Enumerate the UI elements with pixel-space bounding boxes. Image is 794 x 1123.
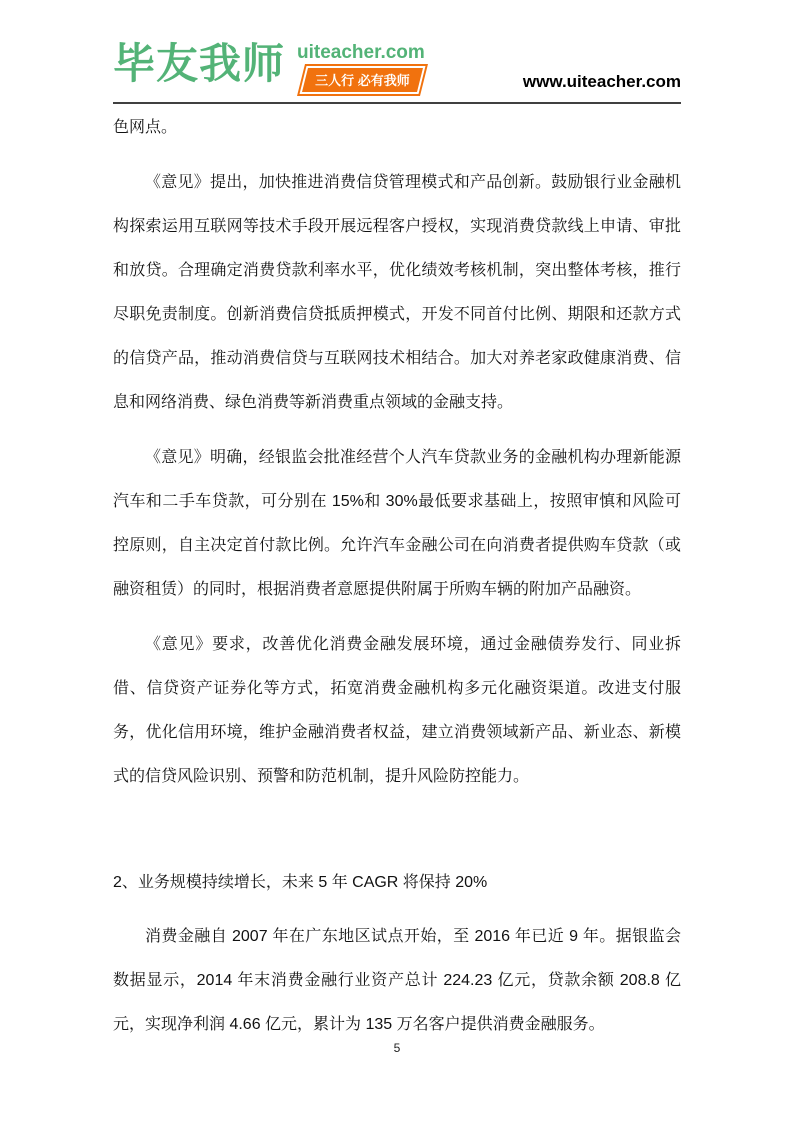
document-body: 色网点。 《意见》提出，加快推进消费信贷管理模式和产品创新。鼓励银行业金融机构探… (113, 104, 681, 1047)
section-heading: 2、业务规模持续增长，未来 5 年 CAGR 将保持 20% (113, 861, 681, 905)
page-header: 毕友我师 uiteacher.com 三人行 必有我师 www.uiteache… (113, 0, 681, 104)
slogan-badge: 三人行 必有我师 (300, 66, 426, 94)
paragraph-opinion-clarifies: 《意见》明确，经银监会批准经营个人汽车贷款业务的金融机构办理新能源汽车和二手车贷… (113, 436, 681, 612)
brand-domain-text: uiteacher.com (297, 43, 425, 64)
paragraph-consumer-finance-stats: 消费金融自 2007 年在广东地区试点开始，至 2016 年已近 9 年。据银监… (113, 915, 681, 1047)
document-page: 毕友我师 uiteacher.com 三人行 必有我师 www.uiteache… (0, 0, 794, 1123)
brand-logo-sub: uiteacher.com 三人行 必有我师 (297, 41, 425, 94)
page-number: 5 (394, 1041, 401, 1055)
paragraph-opinion-requires: 《意见》要求，改善优化消费金融发展环境，通过金融债券发行、同业拆借、信贷资产证券… (113, 623, 681, 799)
brand-logo-text: 毕友我师 (113, 41, 285, 87)
brand-logo: 毕友我师 uiteacher.com 三人行 必有我师 (113, 41, 425, 94)
slogan-badge-text: 三人行 必有我师 (315, 70, 410, 89)
paragraph-continuation: 色网点。 (113, 106, 681, 150)
paragraph-opinion-proposes: 《意见》提出，加快推进消费信贷管理模式和产品创新。鼓励银行业金融机构探索运用互联… (113, 161, 681, 425)
page-footer: 5 (0, 1039, 794, 1057)
site-url-text: www.uiteacher.com (523, 72, 681, 94)
